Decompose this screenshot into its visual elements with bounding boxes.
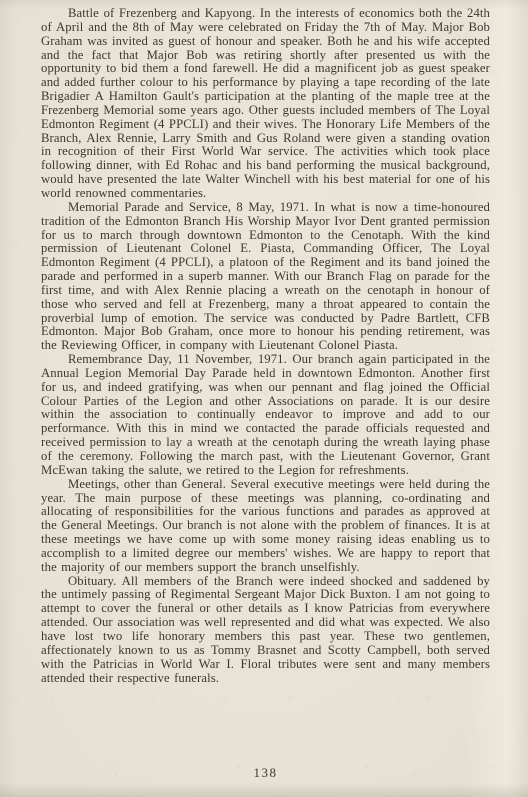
paragraph-memorial-parade: Memorial Parade and Service, 8 May, 1971… <box>41 201 490 353</box>
paragraph-obituary: Obituary. All members of the Branch were… <box>41 575 490 686</box>
paragraph-meetings: Meetings, other than General. Several ex… <box>41 478 490 575</box>
paragraph-remembrance-day: Remembrance Day, 11 November, 1971. Our … <box>41 353 490 478</box>
paragraph-battle-of-frezenberg: Battle of Frezenberg and Kapyong. In the… <box>41 7 490 201</box>
page-number: 138 <box>41 765 490 781</box>
page-text: Battle of Frezenberg and Kapyong. In the… <box>41 7 490 685</box>
scanned-book-page: Battle of Frezenberg and Kapyong. In the… <box>0 0 528 797</box>
